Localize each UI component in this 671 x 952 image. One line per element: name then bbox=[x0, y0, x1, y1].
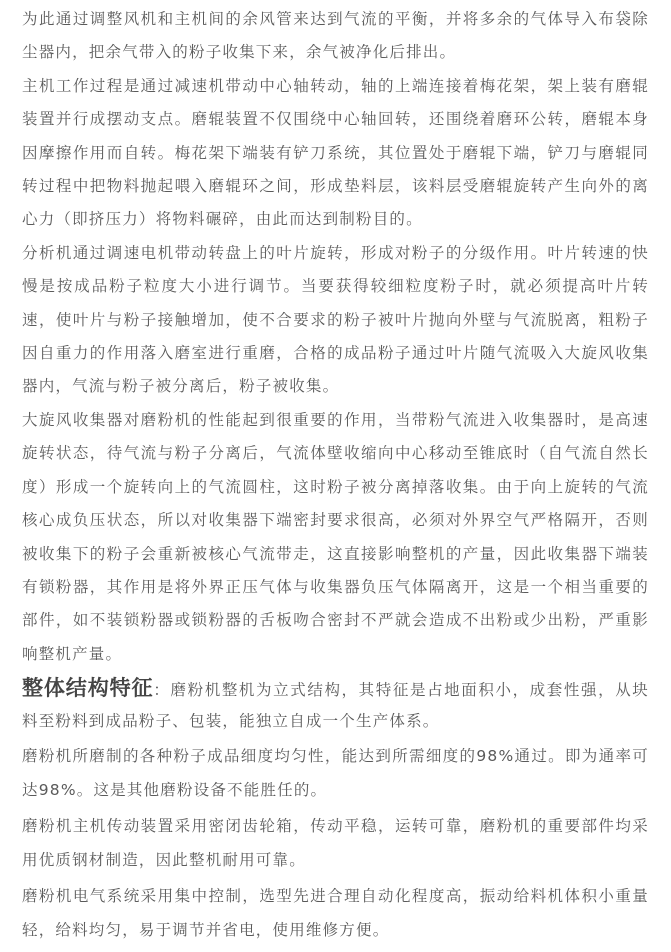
paragraph-air-balance: 为此通过调整风机和主机间的余风管来达到气流的平衡，并将多余的气体导入布袋除尘器内… bbox=[22, 3, 649, 70]
paragraph-transmission: 磨粉机主机传动装置采用密闭齿轮箱，传动平稳，运转可靠，磨粉机的重要部件均采用优质… bbox=[22, 809, 649, 877]
paragraph-classifier: 分析机通过调速电机带动转盘上的叶片旋转，形成对粉子的分级作用。叶片转速的快慢是按… bbox=[22, 237, 649, 404]
paragraph-fineness: 磨粉机所磨制的各种粉子成品细度均匀性，能达到所需细度的98%通过。即为通率可达9… bbox=[22, 739, 649, 807]
paragraph-main-unit-process: 主机工作过程是通过减速机带动中心轴转动，轴的上端连接着梅花架，架上装有磨辊装置并… bbox=[22, 70, 649, 237]
feature-intro-paragraph: 整体结构特征：磨粉机整机为立式结构，其特征是占地面积小，成套性强，从块料至粉料到… bbox=[22, 673, 649, 737]
section-heading: 整体结构特征 bbox=[22, 676, 153, 700]
paragraph-cyclone-collector: 大旋风收集器对磨粉机的性能起到很重要的作用，当带粉气流进入收集器时，是高速旋转状… bbox=[22, 404, 649, 671]
feature-section: 整体结构特征：磨粉机整机为立式结构，其特征是占地面积小，成套性强，从块料至粉料到… bbox=[22, 673, 649, 947]
paragraph-electrical: 磨粉机电气系统采用集中控制，选型先进合理自动化程度高，振动给料机体积小重量轻，给… bbox=[22, 879, 649, 947]
article-body: 为此通过调整风机和主机间的余风管来达到气流的平衡，并将多余的气体导入布袋除尘器内… bbox=[0, 0, 671, 947]
